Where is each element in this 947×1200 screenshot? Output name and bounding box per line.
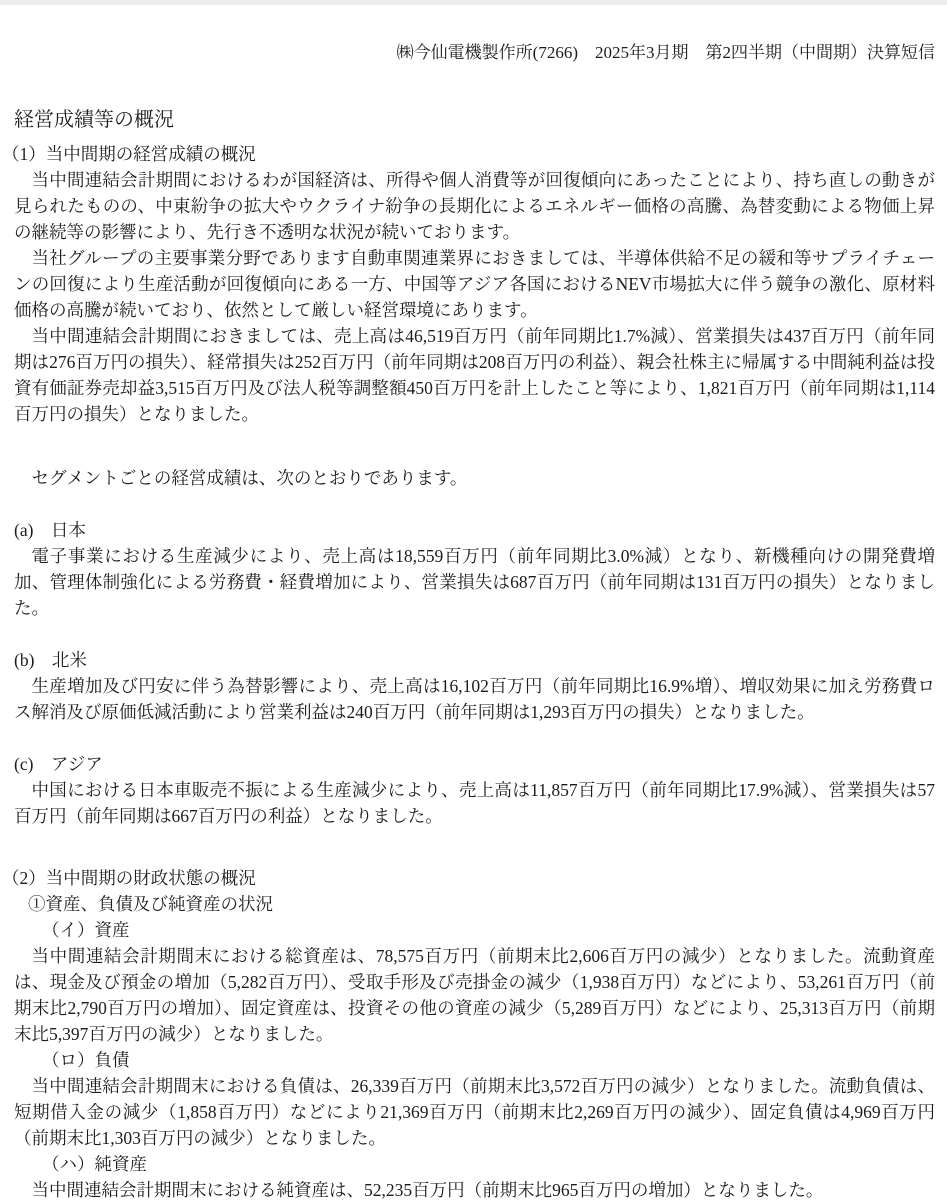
item-label-net-assets: （ハ）純資産 [42, 1151, 935, 1177]
segment-text-japan: 電子事業における生産減少により、売上高は18,559百万円（前年同期比3.0%減… [14, 543, 935, 621]
segment-label-japan: (a) 日本 [14, 517, 935, 543]
segment-text-north-america: 生産増加及び円安に伴う為替影響により、売上高は16,102百万円（前年同期比16… [14, 673, 935, 725]
item-text-liabilities: 当中間連結会計期間末における負債は、26,339百万円（前期末比3,572百万円… [14, 1073, 935, 1151]
section1-paragraph: 当中間連結会計期間におきましては、売上高は46,519百万円（前年同期比1.7%… [14, 323, 935, 427]
section1-paragraph: 当中間連結会計期間におけるわが国経済は、所得や個人消費等が回復傾向にあったことに… [14, 167, 935, 245]
segment-intro: セグメントごとの経営成績は、次のとおりであります。 [14, 465, 935, 491]
document-page: ㈱今仙電機製作所(7266) 2025年3月期 第2四半期（中間期）決算短信 経… [0, 0, 947, 1200]
section1-heading: （1）当中間期の経営成績の概況 [2, 141, 935, 167]
document-header: ㈱今仙電機製作所(7266) 2025年3月期 第2四半期（中間期）決算短信 [0, 41, 947, 65]
item-text-net-assets: 当中間連結会計期間末における純資産は、52,235百万円（前期末比965百万円の… [14, 1177, 935, 1200]
section2-heading: （2）当中間期の財政状態の概況 [2, 865, 935, 891]
segment-label-north-america: (b) 北米 [14, 647, 935, 673]
top-gray-bar [0, 0, 947, 5]
segment-label-asia: (c) アジア [14, 751, 935, 777]
section1-paragraph: 当社グループの主要事業分野であります自動車関連業界におきましては、半導体供給不足… [14, 245, 935, 323]
segment-text-asia: 中国における日本車販売不振による生産減少により、売上高は11,857百万円（前年… [14, 777, 935, 829]
item-text-assets: 当中間連結会計期間末における総資産は、78,575百万円（前期末比2,606百万… [14, 943, 935, 1047]
section2-subheading: ①資産、負債及び純資産の状況 [28, 891, 935, 917]
item-label-liabilities: （ロ）負債 [42, 1047, 935, 1073]
page-title: 経営成績等の概況 [14, 107, 947, 133]
item-label-assets: （イ）資産 [42, 917, 935, 943]
